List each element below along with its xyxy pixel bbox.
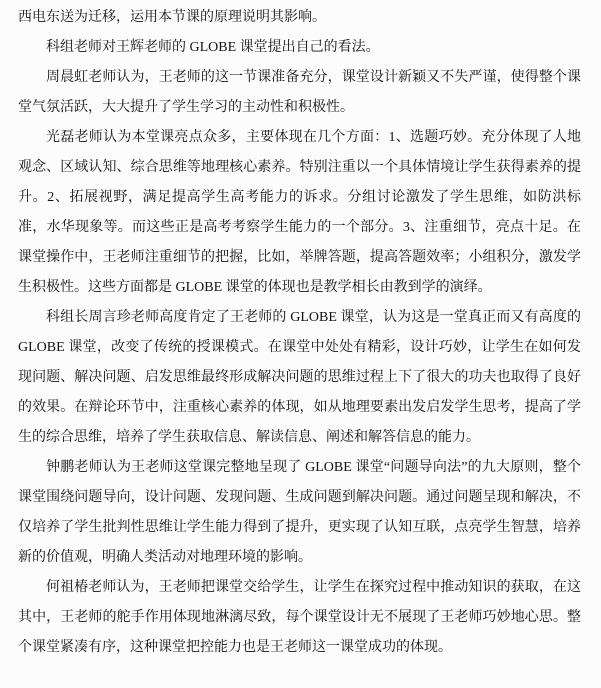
paragraph-teacher-group-intro: 科组老师对王辉老师的 GLOBE 课堂提出自己的看法。 <box>18 33 581 63</box>
paragraph-guang-lei-comment: 光磊老师认为本堂课亮点众多，主要体现在几个方面：1、选题巧妙。充分体现了人地观念… <box>18 123 581 303</box>
paragraph-zhou-chenhong-comment: 周晨虹老师认为，王老师的这一节课准备充分，课堂设计新颖又不失严谨，使得整个课堂气… <box>18 63 581 123</box>
paragraph-zhong-peng-comment: 钟鹏老师认为王老师这堂课完整地呈现了 GLOBE 课堂“问题导向法”的九大原则，… <box>18 453 581 573</box>
paragraph-he-zuchun-comment: 何祖椿老师认为，王老师把课堂交给学生，让学生在探究过程中推动知识的获取，在这其中… <box>18 573 581 663</box>
paragraph-zhou-yanzhen-comment: 科组长周言珍老师高度肯定了王老师的 GLOBE 课堂，认为这是一堂真正而又有高度… <box>18 303 581 453</box>
document-page: 西电东送为迁移，运用本节课的原理说明其影响。 科组老师对王辉老师的 GLOBE … <box>0 0 601 688</box>
paragraph-west-east-power-continuation: 西电东送为迁移，运用本节课的原理说明其影响。 <box>18 3 581 33</box>
